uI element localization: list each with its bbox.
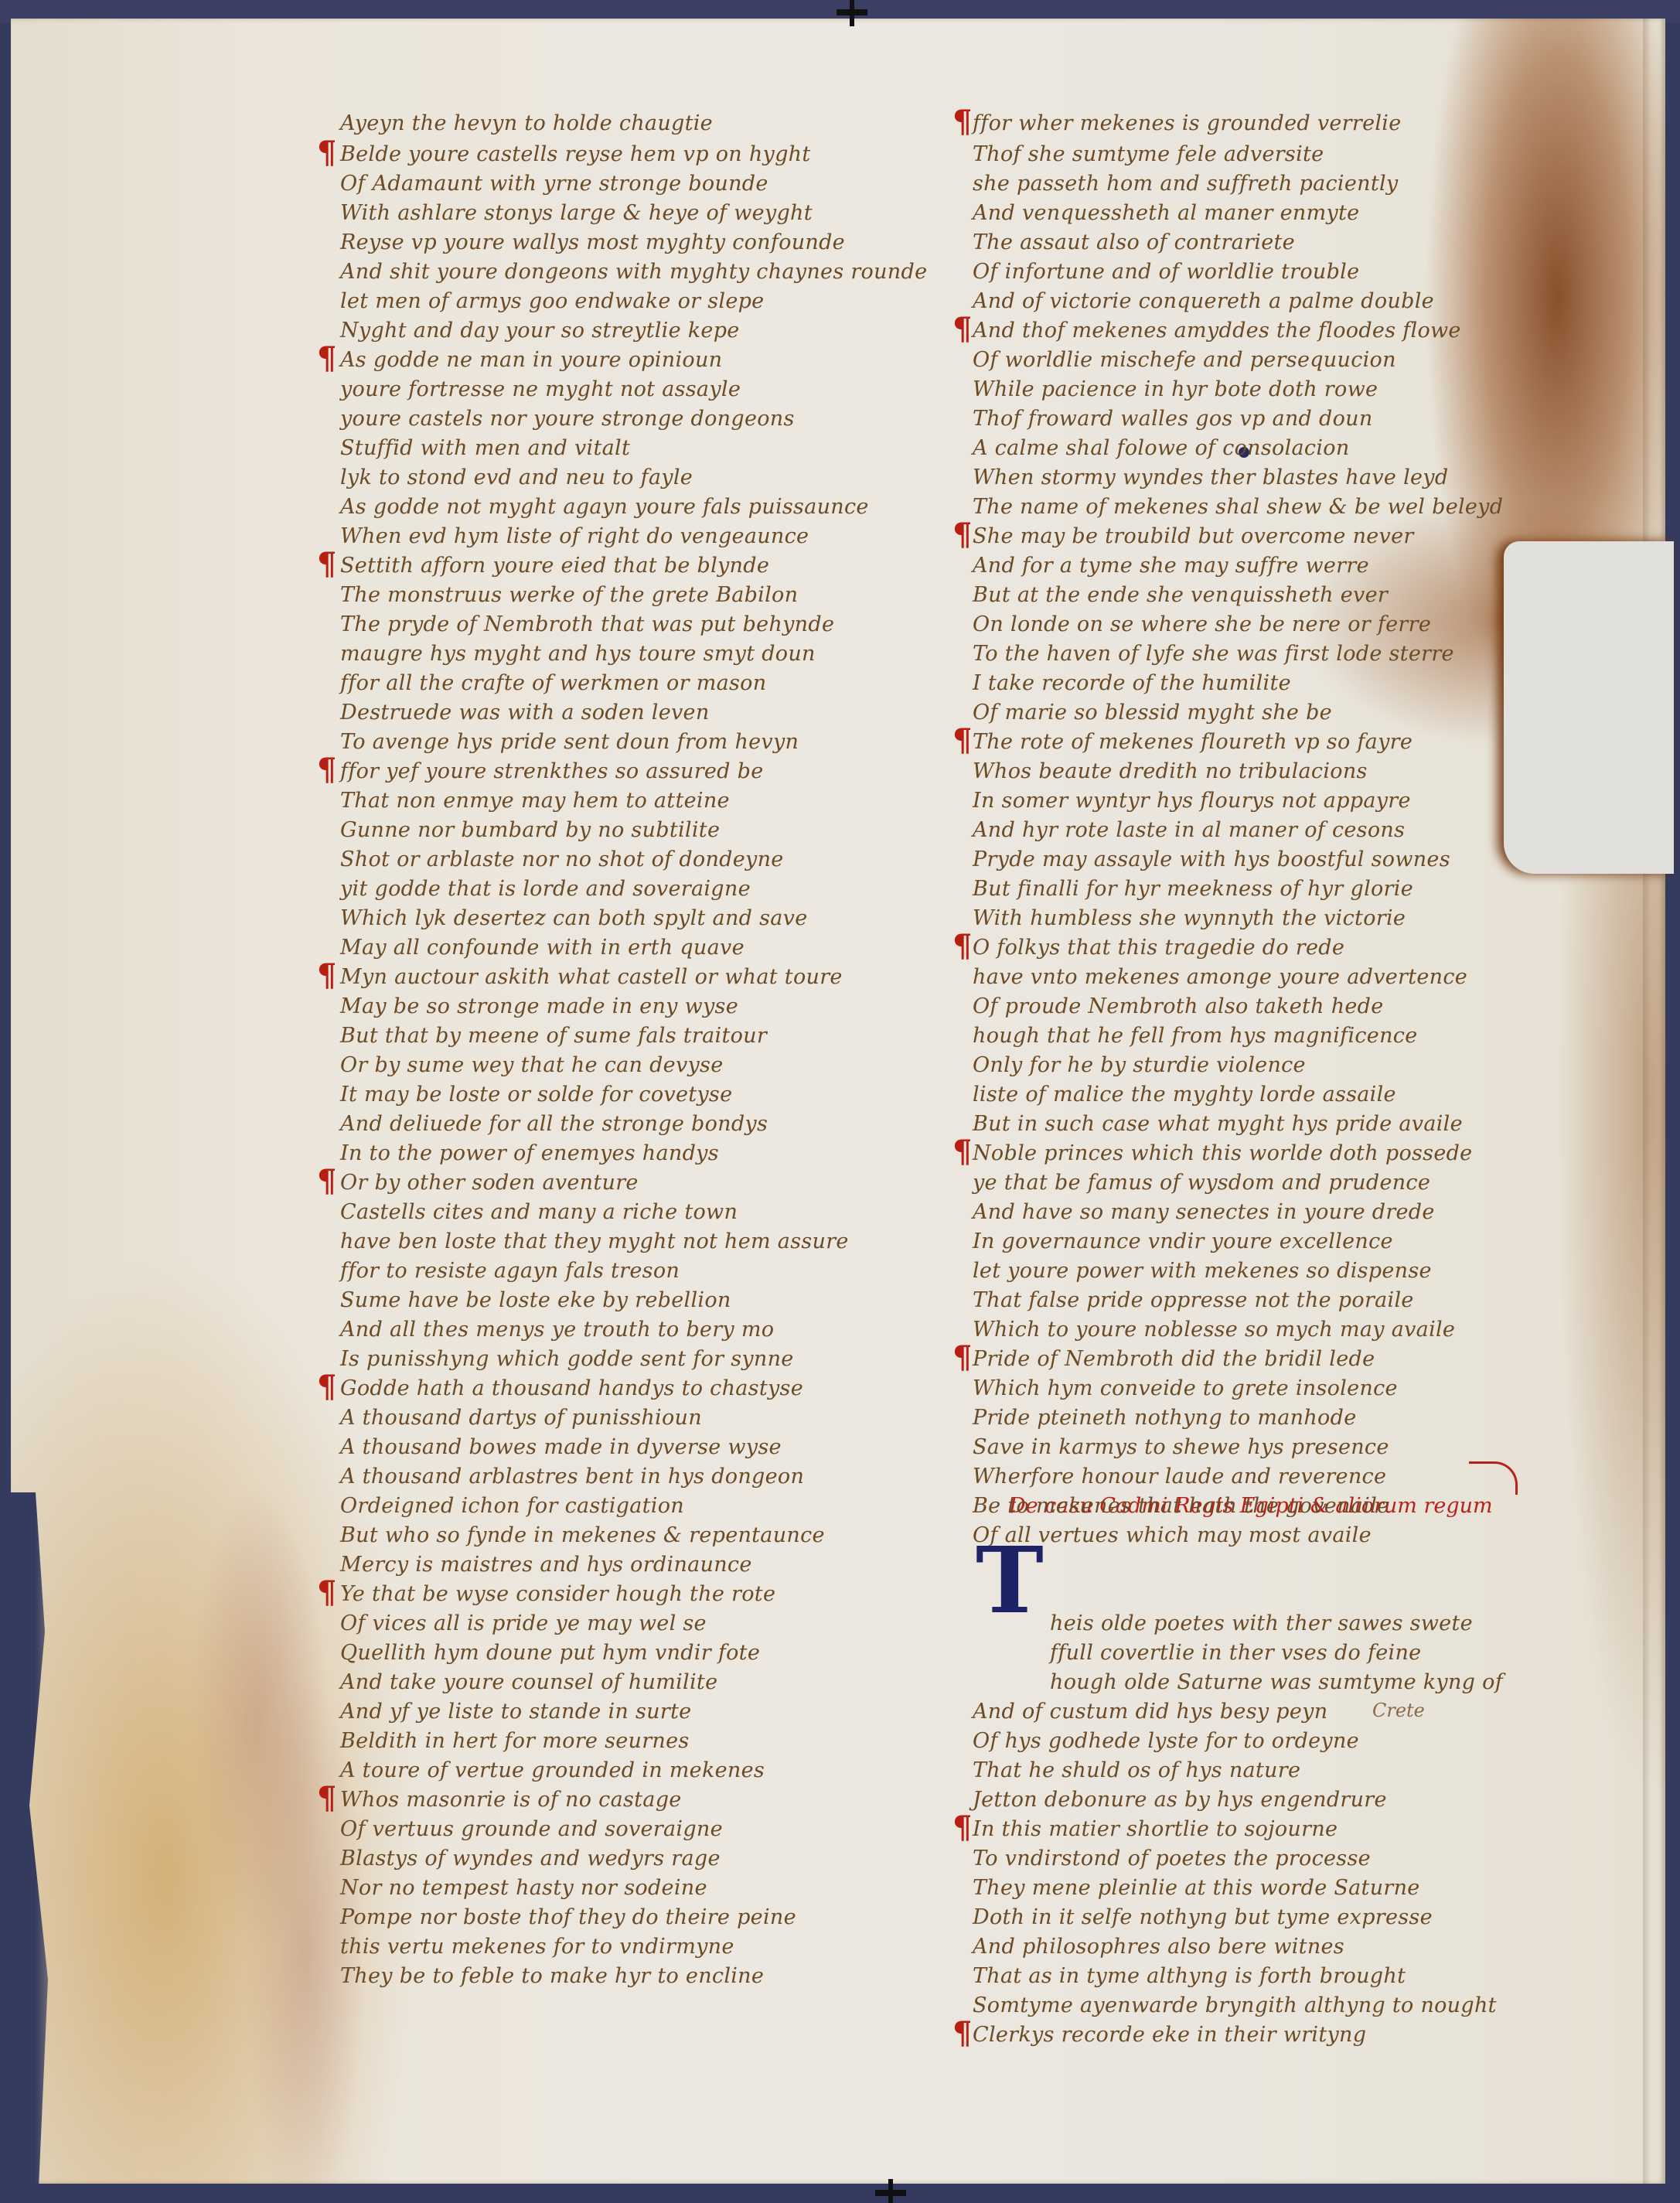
verse-line: Save in karmys to shewe hys presence [973, 1435, 1389, 1459]
verse-line: With ashlare stonys large & heye of weyg… [340, 201, 813, 225]
verse-line: The pryde of Nembroth that was put behyn… [340, 612, 834, 636]
verse-line: And for a tyme she may suffre werre [973, 554, 1369, 578]
verse-line: this vertu mekenes for to vndirmyne [340, 1935, 734, 1959]
scan-marker-top [837, 9, 867, 15]
pilcrow-icon: ¶ [317, 1166, 336, 1197]
verse-line: To avenge hys pride sent doun from hevyn [340, 730, 799, 754]
verse-line: yit godde that is lorde and soveraigne [340, 877, 751, 901]
pilcrow-icon: ¶ [317, 549, 336, 580]
verse-line: Blastys of wyndes and wedyrs rage [340, 1847, 721, 1871]
verse-line: And deliuede for all the stronge bondys [340, 1112, 768, 1136]
verse-line: The monstruus werke of the grete Babilon [340, 583, 798, 607]
verse-line: Gunne nor bumbard by no subtilite [340, 818, 720, 842]
pilcrow-icon: ¶ [952, 2018, 972, 2049]
verse-line: Doth in it selfe nothyng but tyme expres… [973, 1905, 1433, 1929]
verse-line: Ye that be wyse consider hough the rote [340, 1582, 775, 1606]
verse-line: Which lyk desertez can both spylt and sa… [340, 906, 808, 930]
verse-line: she passeth hom and suffreth paciently [973, 172, 1398, 196]
verse-line: Of hys godhede lyste for to ordeyne [973, 1729, 1359, 1753]
verse-line: And of victorie conquereth a palme doubl… [973, 289, 1434, 313]
verse-line: In this matier shortlie to sojourne [973, 1817, 1338, 1841]
verse-line: Of vertuus grounde and soveraigne [340, 1817, 723, 1841]
verse-line: Shot or arblaste nor no shot of dondeyne [340, 847, 784, 871]
pilcrow-icon: ¶ [952, 931, 972, 962]
verse-line: Quellith hym doune put hym vndir fote [340, 1641, 760, 1665]
verse-line: In somer wyntyr hys flourys not appayre [973, 789, 1411, 813]
verse-line: heis olde poetes with ther sawes swete [1050, 1611, 1473, 1635]
verse-line: O folkys that this tragedie do rede [973, 936, 1344, 960]
verse-line: When evd hym liste of right do vengeaunc… [340, 524, 809, 548]
pilcrow-icon: ¶ [317, 960, 336, 991]
verse-line: ye that be famus of wysdom and prudence [973, 1171, 1430, 1195]
verse-line: They mene pleinlie at this worde Saturne [973, 1876, 1420, 1900]
verse-line: As godde not myght agayn youre fals puis… [340, 495, 869, 519]
verse-line: But in such case what myght hys pride av… [973, 1112, 1463, 1136]
verse-line: liste of malice the myghty lorde assaile [973, 1083, 1396, 1107]
verse-line: And shit youre dongeons with myghty chay… [340, 260, 927, 284]
verse-line: Which to youre noblesse so mych may avai… [973, 1318, 1455, 1342]
verse-line: That as in tyme althyng is forth brought [973, 1964, 1406, 1988]
verse-line: Beldith in hert for more seurnes [340, 1729, 690, 1753]
verse-line: The rote of mekenes floureth vp so fayre [973, 730, 1412, 754]
verse-line: And venquessheth al maner enmyte [973, 201, 1359, 225]
verse-line: Pompe nor boste thof they do theire pein… [340, 1905, 796, 1929]
verse-line: And have so many senectes in youre drede [973, 1200, 1435, 1224]
verse-line: And take youre counsel of humilite [340, 1670, 717, 1694]
verse-line: A thousand bowes made in dyverse wyse [340, 1435, 782, 1459]
verse-line: As godde ne man in youre opinioun [340, 348, 722, 372]
verse-line: Belde youre castells reyse hem vp on hyg… [340, 142, 811, 166]
verse-line: Stuffid with men and vitalt [340, 436, 630, 460]
verse-line: Or by other soden aventure [340, 1171, 639, 1195]
verse-line: Nyght and day your so streytlie kepe [340, 319, 740, 343]
verse-line: They be to feble to make hyr to encline [340, 1964, 764, 1988]
verse-line: Of Adamaunt with yrne stronge bounde [340, 172, 768, 196]
pilcrow-icon: ¶ [952, 520, 972, 551]
pilcrow-icon: ¶ [952, 1137, 972, 1168]
verse-line: youre castels nor youre stronge dongeons [340, 407, 795, 431]
verse-line: Reyse vp youre wallys most myghty confou… [340, 230, 845, 254]
verse-line: But finalli for hyr meekness of hyr glor… [973, 877, 1413, 901]
verse-line: And hyr rote laste in al maner of cesons [973, 818, 1405, 842]
verse-line: Or by sume wey that he can devyse [340, 1053, 724, 1077]
verse-line: May be so stronge made in eny wyse [340, 994, 738, 1018]
verse-line: Thof she sumtyme fele adversite [973, 142, 1324, 166]
verse-line: ffull covertlie in ther vses do feine [1050, 1641, 1421, 1665]
pilcrow-icon: ¶ [952, 1813, 972, 1843]
verse-line: A calme shal folowe of consolacion [973, 436, 1350, 460]
verse-line: On londe on se where she be nere or ferr… [973, 612, 1431, 636]
verse-line: Thof froward walles gos vp and doun [973, 407, 1373, 431]
verse-line: Destruede was with a soden leven [340, 701, 710, 725]
verse-line: She may be troubild but overcome never [973, 524, 1414, 548]
verse-line: have vnto mekenes amonge youre advertenc… [973, 965, 1467, 989]
verse-line: Somtyme ayenwarde bryngith althyng to no… [973, 1993, 1497, 2017]
verse-line: And yf ye liste to stande in surte [340, 1700, 691, 1724]
verse-line: Myn auctour askith what castell or what … [340, 965, 843, 989]
verse-line: And philosophres also bere witnes [973, 1935, 1344, 1959]
verse-line: That non enmye may hem to atteine [340, 789, 730, 813]
verse-line: Of all vertues which may most availe [973, 1523, 1372, 1547]
verse-line: But who so fynde in mekenes & repentaunc… [340, 1523, 825, 1547]
verse-line: It may be loste or solde for covetyse [340, 1083, 732, 1107]
verse-line: ffor all the crafte of werkmen or mason [340, 671, 766, 695]
verse-line: Ayeyn the hevyn to holde chaugtie [340, 111, 713, 135]
verse-line: maugre hys myght and hys toure smyt doun [340, 642, 816, 666]
verse-line: Pride pteineth nothyng to manhode [973, 1406, 1356, 1430]
verse-line: In governaunce vndir youre excellence [973, 1229, 1393, 1253]
verse-line: That he shuld os of hys nature [973, 1758, 1300, 1782]
verse-line: I take recorde of the humilite [973, 671, 1291, 695]
manuscript-folio [11, 19, 1665, 2184]
verse-line: The assaut also of contrariete [973, 230, 1295, 254]
verse-line: Of marie so blessid myght she be [973, 701, 1332, 725]
verse-line: hough that he fell from hys magnificence [973, 1024, 1417, 1048]
verse-line: Only for he by sturdie violence [973, 1053, 1306, 1077]
pilcrow-icon: ¶ [952, 314, 972, 345]
verse-line: Settith afforn youre eied that be blynde [340, 554, 769, 578]
verse-line: But at the ende she venquissheth ever [973, 583, 1388, 607]
verse-line: have ben loste that they myght not hem a… [340, 1229, 849, 1253]
verse-line: Which hym conveide to grete insolence [973, 1376, 1398, 1400]
verse-line: To vndirstond of poetes the processe [973, 1847, 1371, 1871]
verse-line: Noble princes which this worlde doth pos… [973, 1141, 1472, 1165]
verse-line: And all thes menys ye trouth to bery mo [340, 1318, 774, 1342]
damage-hole [1504, 541, 1674, 874]
margin-note: Crete [1372, 1700, 1425, 1721]
pilcrow-icon: ¶ [317, 1372, 336, 1403]
verse-line: Ordeigned ichon for castigation [340, 1494, 684, 1518]
verse-line: Whos beaute dredith no tribulacions [973, 759, 1368, 783]
verse-line: Sume have be loste eke by rebellion [340, 1288, 731, 1312]
verse-line: Godde hath a thousand handys to chastyse [340, 1376, 803, 1400]
pilcrow-icon: ¶ [952, 725, 972, 756]
verse-line: lyk to stond evd and neu to fayle [340, 465, 693, 489]
pilcrow-icon: ¶ [317, 343, 336, 374]
verse-line: But that by meene of sume fals traitour [340, 1024, 767, 1048]
verse-line: Of proude Nembroth also taketh hede [973, 994, 1384, 1018]
verse-line: When stormy wyndes ther blastes have ley… [973, 465, 1448, 489]
folio-fore-edge [1643, 19, 1651, 2184]
pilcrow-icon: ¶ [317, 1783, 336, 1814]
verse-line: A thousand arblastres bent in hys dongeo… [340, 1465, 804, 1489]
verse-line: The name of mekenes shal shew & be wel b… [973, 495, 1503, 519]
pilcrow-icon: ¶ [952, 1342, 972, 1373]
pilcrow-icon: ¶ [317, 1577, 336, 1608]
decorated-initial: T [976, 1535, 1044, 1626]
verse-line: Be to mekenes that hath the govenaile [973, 1494, 1389, 1518]
verse-line: Nor no tempest hasty nor sodeine [340, 1876, 707, 1900]
verse-line: Clerkys recorde eke in their writyng [973, 2023, 1366, 2047]
verse-line: A thousand dartys of punisshioun [340, 1406, 702, 1430]
pilcrow-icon: ¶ [317, 138, 336, 169]
verse-line: Jetton debonure as by hys engendrure [973, 1788, 1387, 1812]
verse-line: youre fortresse ne myght not assayle [340, 377, 741, 401]
verse-line: hough olde Saturne was sumtyme kyng of [1050, 1670, 1503, 1694]
verse-line: That false pride oppresse not the porail… [973, 1288, 1414, 1312]
verse-line: Castells cites and many a riche town [340, 1200, 738, 1224]
verse-line: Of worldlie mischefe and persequucion [973, 348, 1396, 372]
verse-line: In to the power of enemyes handys [340, 1141, 719, 1165]
verse-line: And of custum did hys besy peyn [973, 1700, 1327, 1724]
pilcrow-icon: ¶ [952, 107, 972, 138]
verse-line: Of infortune and of worldlie trouble [973, 260, 1359, 284]
verse-line: May all confounde with in erth quave [340, 936, 745, 960]
verse-line: A toure of vertue grounded in mekenes [340, 1758, 765, 1782]
verse-line: And thof mekenes amyddes the floodes flo… [973, 319, 1461, 343]
verse-line: While pacience in hyr bote doth rowe [973, 377, 1378, 401]
verse-line: Wherfore honour laude and reverence [973, 1465, 1386, 1489]
scan-marker-bottom [875, 2190, 906, 2196]
verse-line: ffor to resiste agayn fals treson [340, 1259, 680, 1283]
verse-line: Whos masonrie is of no castage [340, 1788, 682, 1812]
verse-line: Of vices all is pride ye may wel se [340, 1611, 707, 1635]
verse-line: Pride of Nembroth did the bridil lede [973, 1347, 1375, 1371]
verse-line: Pryde may assayle with hys boostful sown… [973, 847, 1450, 871]
verse-line: To the haven of lyfe she was first lode … [973, 642, 1454, 666]
verse-line: let men of armys goo endwake or slepe [340, 289, 764, 313]
verse-line: With humbless she wynnyth the victorie [973, 906, 1406, 930]
verse-line: let youre power with mekenes so dispense [973, 1259, 1432, 1283]
verse-line: ffor yef youre strenkthes so assured be [340, 759, 764, 783]
verse-line: Mercy is maistres and hys ordinaunce [340, 1553, 752, 1577]
pilcrow-icon: ¶ [317, 755, 336, 786]
verse-line: ffor wher mekenes is grounded verrelie [973, 111, 1402, 135]
verse-line: Is punisshyng which godde sent for synne [340, 1347, 794, 1371]
